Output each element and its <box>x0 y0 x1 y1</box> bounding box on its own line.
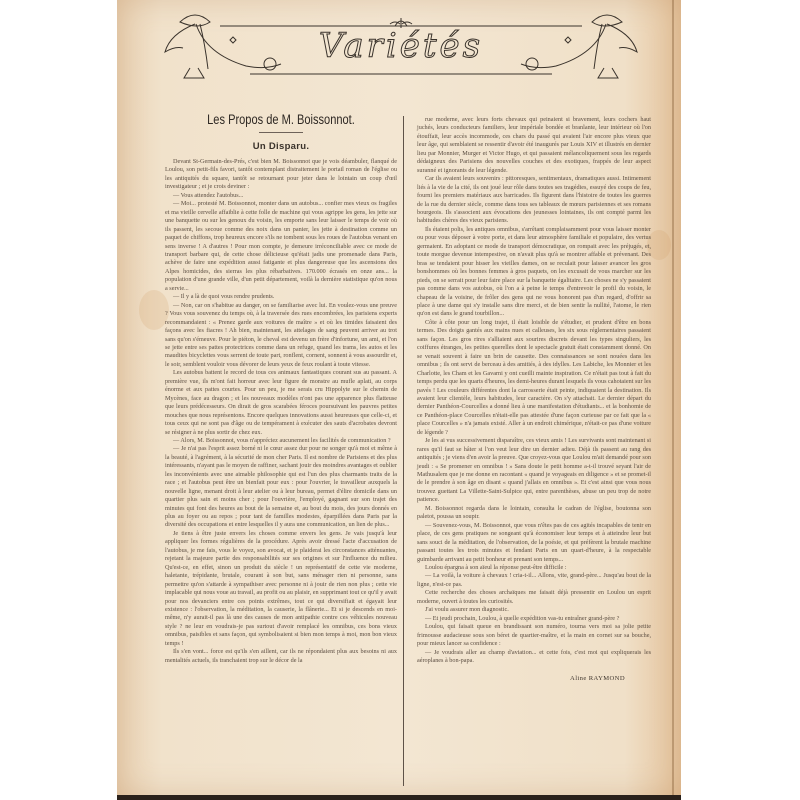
paragraph: Loulou épargna à son aïeul la réponse pe… <box>417 564 651 572</box>
header-banner: Variétés <box>160 12 642 80</box>
scan-bottom-border <box>117 795 681 800</box>
paragraph: Les autobus battent le record de tous ce… <box>165 369 397 437</box>
paragraph: Loulou, qui faisait queue en brandissant… <box>417 623 651 648</box>
paragraph: — La voilà, la voiture à chevaux ! cria-… <box>417 572 651 589</box>
page-edge <box>672 0 674 795</box>
paragraph: Cette recherche des choses archaïques me… <box>417 589 651 606</box>
paragraph: — Moi... protesté M. Boissonnot, monter … <box>165 200 397 293</box>
section-title: Variétés <box>160 26 642 66</box>
article-title: Les Propos de M. Boissonnot. <box>186 112 376 128</box>
column-divider <box>403 116 404 786</box>
paragraph: rue moderne, avec leurs forts chevaux qu… <box>417 116 651 175</box>
paragraph: — Il y a là de quoi vous rendre prudents… <box>165 293 397 301</box>
paragraph: Ils s'en vont... force est qu'ils s'en a… <box>165 648 397 665</box>
article-column-right: rue moderne, avec leurs forts chevaux qu… <box>417 116 651 684</box>
paragraph: — Alors, M. Boissonnot, vous n'appréciez… <box>165 437 397 445</box>
paragraph: — Non, car on s'habitue au danger, on se… <box>165 302 397 370</box>
title-divider <box>259 132 303 133</box>
paragraph: — Vous attendez l'autobus... <box>165 192 397 200</box>
paragraph: — Et jeudi prochain, Loulou, à quelle ex… <box>417 615 651 623</box>
paragraph: Ils étaient polis, les antiques omnibus,… <box>417 226 651 319</box>
paragraph: Devant St-Germain-des-Prés, c'est bien M… <box>165 158 397 192</box>
paragraph: J'ai voulu assurer mon diagnostic. <box>417 606 651 614</box>
paragraph: — Souvenez-vous, M. Boissonnot, que vous… <box>417 522 651 564</box>
paragraph: Car ils avaient leurs souvenirs : pittor… <box>417 175 651 226</box>
paragraph: Je les ai vus successivement disparaître… <box>417 437 651 505</box>
paragraph: Je tiens à être juste envers les choses … <box>165 530 397 648</box>
paragraph: Côte à côte pour un long trajet, il étai… <box>417 319 651 437</box>
paragraph: — Je n'ai pas l'esprit assez borné ni le… <box>165 445 397 530</box>
paragraph: M. Boissonnot regarda dans le lointain, … <box>417 505 651 522</box>
paragraph: — Je voudrais aller au champ d'aviation.… <box>417 649 651 666</box>
article-subtitle: Un Disparu. <box>165 141 397 153</box>
article-column-left: Les Propos de M. Boissonnot. Un Disparu.… <box>165 112 397 665</box>
author-signature: Aline RAYMOND <box>417 675 651 683</box>
